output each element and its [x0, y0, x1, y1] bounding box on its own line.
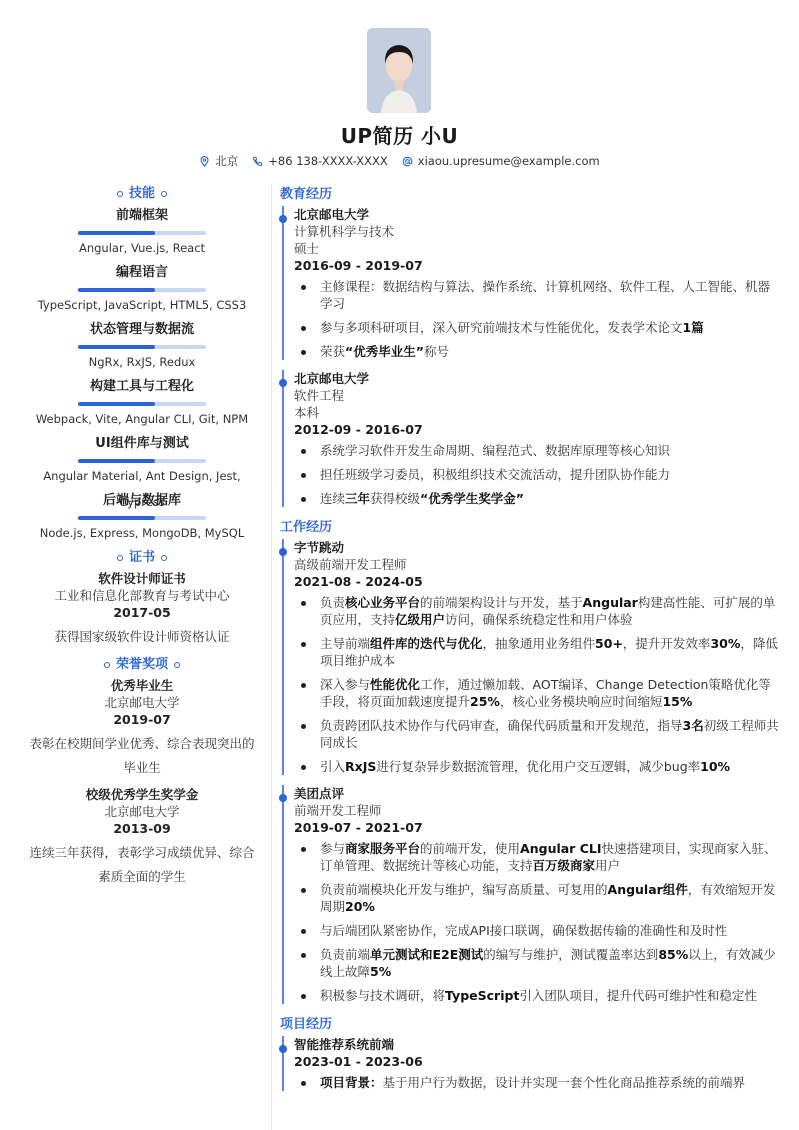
education-bullets: 系统学习软件开发生命周期、编程范式、数据库原理等核心知识担任班级学习委员，积极组…: [294, 442, 780, 507]
education-entry: 北京邮电大学软件工程本科2012-09 - 2016-07系统学习软件开发生命周…: [280, 370, 780, 507]
skill-name: UI组件库与测试: [22, 434, 262, 454]
education-degree: 本科: [294, 404, 780, 421]
project-date: 2023-01 - 2023-06: [294, 1053, 780, 1070]
certificates-section-title: 证书: [22, 548, 262, 568]
bullet-item: 深入参与性能优化工作，通过懒加载、AOT编译、Change Detection策…: [294, 676, 780, 710]
ring-icon: [117, 191, 123, 197]
work-entry: 字节跳动高级前端开发工程师2021-08 - 2024-05负责核心业务平台的前…: [280, 539, 780, 775]
bullet-item: 负责核心业务平台的前端架构设计与开发，基于Angular构建高性能、可扩展的单页…: [294, 594, 780, 628]
education-entry: 北京邮电大学计算机科学与技术硕士2016-09 - 2019-07主修课程：数据…: [280, 206, 780, 360]
skill-name: 前端框架: [22, 206, 262, 226]
location-text: 北京: [215, 153, 238, 169]
bullet-item: 参与多项科研项目，深入研究前端技术与性能优化，发表学术论文1篇: [294, 319, 780, 336]
timeline-line: [282, 206, 284, 360]
education-list: 北京邮电大学计算机科学与技术硕士2016-09 - 2019-07主修课程：数据…: [280, 206, 780, 507]
bullet-item: 负责跨团队技术协作与代码审查，确保代码质量和开发规范，指导3名初级工程师共同成长: [294, 717, 780, 751]
skill-item: 后端与数据库Node.js, Express, MongoDB, MySQL: [22, 491, 262, 546]
skills-list: 前端框架Angular, Vue.js, React编程语言TypeScript…: [22, 206, 262, 546]
column-divider: [271, 184, 272, 1130]
certificates-list: 软件设计师证书工业和信息化部教育与考试中心2017-05获得国家级软件设计师资格…: [22, 570, 262, 649]
award-description: 连续三年获得，表彰学习成绩优异、综合素质全面的学生: [22, 841, 262, 889]
profile-photo: [367, 28, 431, 113]
skill-level-fill: [78, 345, 155, 349]
skill-level-fill: [78, 516, 155, 520]
certificate-name: 软件设计师证书: [22, 570, 262, 587]
work-bullets: 负责核心业务平台的前端架构设计与开发，基于Angular构建高性能、可扩展的单页…: [294, 594, 780, 775]
skill-level-bar: [78, 288, 206, 292]
education-date: 2012-09 - 2016-07: [294, 421, 780, 438]
timeline-dot-icon: [279, 215, 287, 223]
skill-detail: NgRx, RxJS, Redux: [22, 349, 262, 375]
skill-level-fill: [78, 459, 155, 463]
award-item: 校级优秀学生奖学金北京邮电大学2013-09连续三年获得，表彰学习成绩优异、综合…: [22, 786, 262, 889]
left-column: 技能 前端框架Angular, Vue.js, React编程语言TypeScr…: [22, 184, 262, 895]
certificate-date: 2017-05: [22, 604, 262, 621]
awards-title-text: 荣誉奖项: [116, 655, 168, 675]
project-name: 智能推荐系统前端: [294, 1036, 780, 1053]
awards-list: 优秀毕业生北京邮电大学2019-07表彰在校期间学业优秀、综合表现突出的毕业生校…: [22, 677, 262, 889]
award-org: 北京邮电大学: [22, 694, 262, 711]
bullet-item: 积极参与技术调研，将TypeScript引入团队项目，提升代码可维护性和稳定性: [294, 987, 780, 1004]
skill-name: 构建工具与工程化: [22, 377, 262, 397]
skills-title-text: 技能: [129, 184, 155, 204]
contact-info: 北京 +86 138-XXXX-XXXX xiaou.upresume@exam…: [0, 153, 799, 169]
skill-level-fill: [78, 288, 155, 292]
award-description: 表彰在校期间学业优秀、综合表现突出的毕业生: [22, 732, 262, 780]
education-major: 计算机科学与技术: [294, 223, 780, 240]
project-entry: 智能推荐系统前端2023-01 - 2023-06项目背景：基于用户行为数据，设…: [280, 1036, 780, 1091]
skill-name: 状态管理与数据流: [22, 320, 262, 340]
skill-item: UI组件库与测试Angular Material, Ant Design, Je…: [22, 434, 262, 489]
bullet-item: 与后端团队紧密协作，完成API接口联调，确保数据传输的准确性和及时性: [294, 922, 780, 939]
education-degree: 硕士: [294, 240, 780, 257]
skill-detail: Angular, Vue.js, React: [22, 235, 262, 261]
bullet-item: 系统学习软件开发生命周期、编程范式、数据库原理等核心知识: [294, 442, 780, 459]
ring-icon: [161, 555, 167, 561]
work-section-title: 工作经历: [280, 517, 780, 539]
bullet-item: 负责前端模块化开发与维护，编写高质量、可复用的Angular组件，有效缩短开发周…: [294, 881, 780, 915]
certificate-description: 获得国家级软件设计师资格认证: [22, 625, 262, 649]
education-major: 软件工程: [294, 387, 780, 404]
skill-level-bar: [78, 345, 206, 349]
skill-level-bar: [78, 459, 206, 463]
skill-level-bar: [78, 402, 206, 406]
bullet-item: 担任班级学习委员，积极组织技术交流活动，提升团队协作能力: [294, 466, 780, 483]
skills-section-title: 技能: [22, 184, 262, 204]
ring-icon: [104, 662, 110, 668]
projects-section-title: 项目经历: [280, 1014, 780, 1036]
project-bullets: 项目背景：基于用户行为数据，设计并实现一套个性化商品推荐系统的前端界: [294, 1074, 780, 1091]
right-column: 教育经历 北京邮电大学计算机科学与技术硕士2016-09 - 2019-07主修…: [280, 184, 780, 1101]
skill-level-fill: [78, 231, 155, 235]
skill-item: 编程语言TypeScript, JavaScript, HTML5, CSS3: [22, 263, 262, 318]
award-name: 校级优秀学生奖学金: [22, 786, 262, 803]
work-company: 美团点评: [294, 785, 780, 802]
skill-level-bar: [78, 231, 206, 235]
timeline-dot-icon: [279, 1045, 287, 1053]
map-pin-icon: [199, 156, 210, 167]
work-company: 字节跳动: [294, 539, 780, 556]
phone-icon: [252, 156, 263, 167]
bullet-item: 负责前端单元测试和E2E测试的编写与维护，测试覆盖率达到85%以上，有效减少线上…: [294, 946, 780, 980]
work-bullets: 参与商家服务平台的前端开发，使用Angular CLI快速搭建项目，实现商家入驻…: [294, 840, 780, 1004]
contact-location: 北京: [199, 153, 238, 169]
timeline-dot-icon: [279, 794, 287, 802]
work-role: 高级前端开发工程师: [294, 556, 780, 573]
bullet-item: 引入RxJS进行复杂异步数据流管理，优化用户交互逻辑，减少bug率10%: [294, 758, 780, 775]
skill-detail: TypeScript, JavaScript, HTML5, CSS3: [22, 292, 262, 318]
education-school: 北京邮电大学: [294, 206, 780, 223]
ring-icon: [174, 662, 180, 668]
awards-section-title: 荣誉奖项: [22, 655, 262, 675]
work-date: 2019-07 - 2021-07: [294, 819, 780, 836]
timeline-dot-icon: [279, 379, 287, 387]
certificate-item: 软件设计师证书工业和信息化部教育与考试中心2017-05获得国家级软件设计师资格…: [22, 570, 262, 649]
work-date: 2021-08 - 2024-05: [294, 573, 780, 590]
award-item: 优秀毕业生北京邮电大学2019-07表彰在校期间学业优秀、综合表现突出的毕业生: [22, 677, 262, 780]
work-role: 前端开发工程师: [294, 802, 780, 819]
contact-phone: +86 138-XXXX-XXXX: [252, 154, 387, 168]
timeline-line: [282, 785, 284, 1004]
bullet-item: 荣获“优秀毕业生”称号: [294, 343, 780, 360]
skill-level-fill: [78, 402, 155, 406]
work-list: 字节跳动高级前端开发工程师2021-08 - 2024-05负责核心业务平台的前…: [280, 539, 780, 1004]
certificate-org: 工业和信息化部教育与考试中心: [22, 587, 262, 604]
education-date: 2016-09 - 2019-07: [294, 257, 780, 274]
award-org: 北京邮电大学: [22, 803, 262, 820]
timeline-dot-icon: [279, 548, 287, 556]
education-section-title: 教育经历: [280, 184, 780, 206]
bullet-item: 主修课程：数据结构与算法、操作系统、计算机网络、软件工程、人工智能、机器学习: [294, 278, 780, 312]
skill-item: 状态管理与数据流NgRx, RxJS, Redux: [22, 320, 262, 375]
bullet-item: 参与商家服务平台的前端开发，使用Angular CLI快速搭建项目，实现商家入驻…: [294, 840, 780, 874]
award-date: 2019-07: [22, 711, 262, 728]
skill-detail: Node.js, Express, MongoDB, MySQL: [22, 520, 262, 546]
skill-name: 编程语言: [22, 263, 262, 283]
work-entry: 美团点评前端开发工程师2019-07 - 2021-07参与商家服务平台的前端开…: [280, 785, 780, 1004]
timeline-line: [282, 539, 284, 775]
bullet-item: 连续三年获得校级“优秀学生奖学金”: [294, 490, 780, 507]
candidate-name: UP简历 小U: [0, 120, 799, 149]
ring-icon: [117, 555, 123, 561]
bullet-item: 主导前端组件库的迭代与优化，抽象通用业务组件50+，提升开发效率30%，降低项目…: [294, 635, 780, 669]
ring-icon: [161, 191, 167, 197]
award-name: 优秀毕业生: [22, 677, 262, 694]
skill-item: 构建工具与工程化Webpack, Vite, Angular CLI, Git,…: [22, 377, 262, 432]
award-date: 2013-09: [22, 820, 262, 837]
at-sign-icon: [402, 156, 413, 167]
contact-email[interactable]: xiaou.upresume@example.com: [402, 154, 600, 168]
skill-detail: Webpack, Vite, Angular CLI, Git, NPM: [22, 406, 262, 432]
skill-item: 前端框架Angular, Vue.js, React: [22, 206, 262, 261]
skill-name: 后端与数据库: [22, 491, 262, 511]
phone-text: +86 138-XXXX-XXXX: [268, 154, 387, 168]
bullet-item: 项目背景：基于用户行为数据，设计并实现一套个性化商品推荐系统的前端界: [294, 1074, 780, 1091]
portrait-image: [367, 28, 431, 113]
email-link[interactable]: xiaou.upresume@example.com: [418, 154, 600, 168]
timeline-line: [282, 370, 284, 507]
skill-level-bar: [78, 516, 206, 520]
education-bullets: 主修课程：数据结构与算法、操作系统、计算机网络、软件工程、人工智能、机器学习参与…: [294, 278, 780, 360]
projects-list: 智能推荐系统前端2023-01 - 2023-06项目背景：基于用户行为数据，设…: [280, 1036, 780, 1091]
skill-detail: Angular Material, Ant Design, Jest, Cypr…: [22, 463, 262, 489]
education-school: 北京邮电大学: [294, 370, 780, 387]
certificates-title-text: 证书: [129, 548, 155, 568]
